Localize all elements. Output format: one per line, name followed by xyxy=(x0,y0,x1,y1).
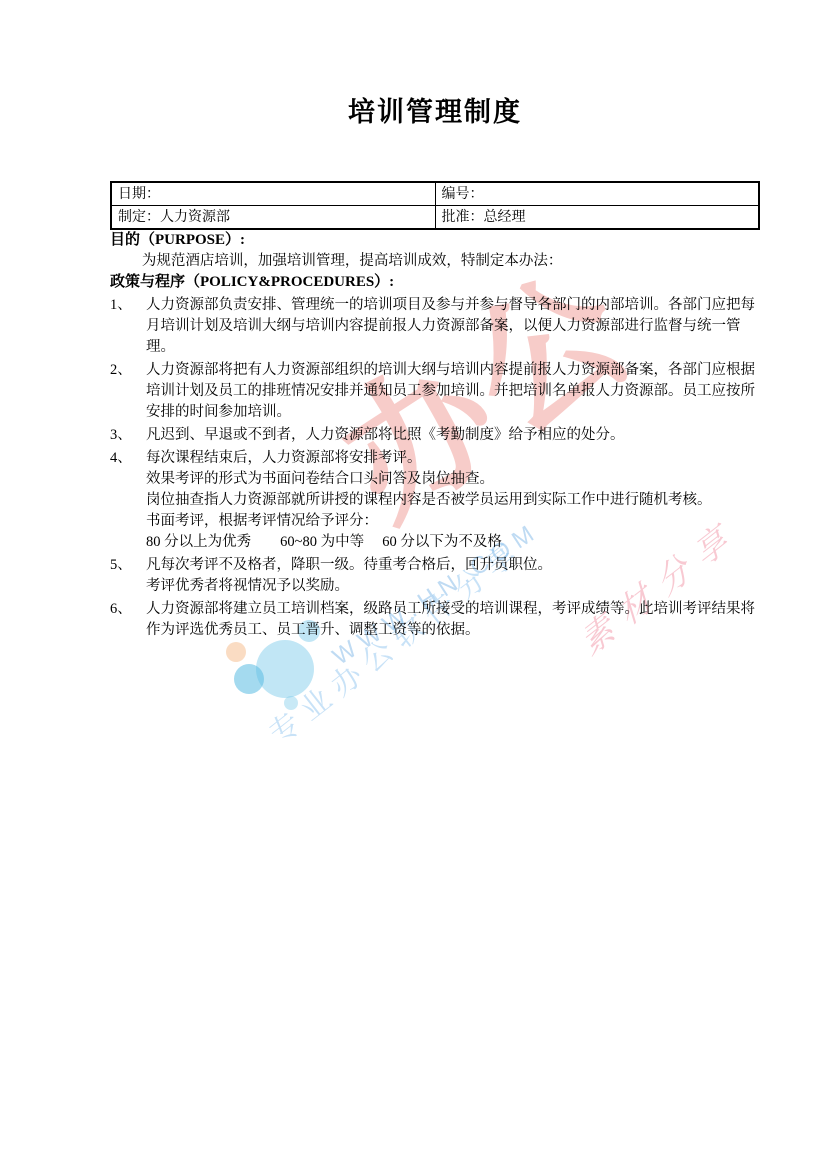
list-item-line: 每次课程结束后，人力资源部将安排考评。 xyxy=(146,448,760,469)
list-item-body: 每次课程结束后，人力资源部将安排考评。效果考评的形式为书面问卷结合口头问答及岗位… xyxy=(146,448,760,553)
list-item-line: 人力资源部负责安排、管理统一的培训项目及参与并参与督导各部门的内部培训。各部门应… xyxy=(146,295,760,358)
document-content: 培训管理制度 日期： 编号： 制定：人力资源部 批准：总经理 目的（PURPOS… xyxy=(0,0,827,1169)
list-item-line: 人力资源部将建立员工培训档案，级路员工所接受的培训课程，考评成绩等。此培训考评结… xyxy=(146,599,760,641)
list-item: 5、凡每次考评不及格者，降职一级。待重考合格后，回升员职位。考评优秀者将视情况予… xyxy=(110,555,760,597)
list-item-line: 效果考评的形式为书面问卷结合口头问答及岗位抽查。 xyxy=(146,469,760,490)
list-item-body: 人力资源部负责安排、管理统一的培训项目及参与并参与督导各部门的内部培训。各部门应… xyxy=(146,295,760,358)
table-row: 日期： 编号： xyxy=(111,182,759,206)
page-title: 培训管理制度 xyxy=(110,95,760,129)
list-item-line: 考评优秀者将视情况予以奖励。 xyxy=(146,576,760,597)
list-item: 6、人力资源部将建立员工培训档案，级路员工所接受的培训课程，考评成绩等。此培训考… xyxy=(110,599,760,641)
list-item: 3、凡迟到、早退或不到者，人力资源部将比照《考勤制度》给予相应的处分。 xyxy=(110,425,760,446)
list-item-body: 人力资源部将把有人力资源部组织的培训大纲与培训内容提前报人力资源部备案，各部门应… xyxy=(146,360,760,423)
list-item-number: 3、 xyxy=(110,425,146,446)
list-item-number: 6、 xyxy=(110,599,146,641)
list-item-body: 凡迟到、早退或不到者，人力资源部将比照《考勤制度》给予相应的处分。 xyxy=(146,425,760,446)
purpose-body: 为规范酒店培训，加强培训管理，提高培训成效，特制定本办法： xyxy=(110,251,760,272)
list-item: 1、人力资源部负责安排、管理统一的培训项目及参与并参与督导各部门的内部培训。各部… xyxy=(110,295,760,358)
list-item-number: 2、 xyxy=(110,360,146,423)
info-cell-approver: 批准：总经理 xyxy=(435,206,759,230)
policy-list: 1、人力资源部负责安排、管理统一的培训项目及参与并参与督导各部门的内部培训。各部… xyxy=(110,295,760,641)
list-item: 4、每次课程结束后，人力资源部将安排考评。效果考评的形式为书面问卷结合口头问答及… xyxy=(110,448,760,553)
list-item-number: 5、 xyxy=(110,555,146,597)
document-page: 办公 WWW.HN.COM 专业办公软件分享 素材分享 培训管理制度 日期： 编… xyxy=(0,0,827,1169)
list-item-line: 凡迟到、早退或不到者，人力资源部将比照《考勤制度》给予相应的处分。 xyxy=(146,425,760,446)
purpose-heading: 目的（PURPOSE）: xyxy=(110,230,760,251)
list-item-line: 人力资源部将把有人力资源部组织的培训大纲与培训内容提前报人力资源部备案，各部门应… xyxy=(146,360,760,423)
list-item-number: 4、 xyxy=(110,448,146,553)
info-cell-date: 日期： xyxy=(111,182,435,206)
table-row: 制定：人力资源部 批准：总经理 xyxy=(111,206,759,230)
list-item-body: 人力资源部将建立员工培训档案，级路员工所接受的培训课程，考评成绩等。此培训考评结… xyxy=(146,599,760,641)
list-item-line: 凡每次考评不及格者，降职一级。待重考合格后，回升员职位。 xyxy=(146,555,760,576)
info-cell-number: 编号： xyxy=(435,182,759,206)
list-item-number: 1、 xyxy=(110,295,146,358)
list-item: 2、人力资源部将把有人力资源部组织的培训大纲与培训内容提前报人力资源部备案，各部… xyxy=(110,360,760,423)
list-item-line: 80 分以上为优秀 60~80 为中等 60 分以下为不及格 xyxy=(146,532,760,553)
info-table: 日期： 编号： 制定：人力资源部 批准：总经理 xyxy=(110,181,760,230)
list-item-line: 岗位抽查指人力资源部就所讲授的课程内容是否被学员运用到实际工作中进行随机考核。 xyxy=(146,490,760,511)
policy-heading: 政策与程序（POLICY&PROCEDURES）: xyxy=(110,272,760,293)
list-item-body: 凡每次考评不及格者，降职一级。待重考合格后，回升员职位。考评优秀者将视情况予以奖… xyxy=(146,555,760,597)
info-cell-maker: 制定：人力资源部 xyxy=(111,206,435,230)
list-item-line: 书面考评，根据考评情况给予评分： xyxy=(146,511,760,532)
